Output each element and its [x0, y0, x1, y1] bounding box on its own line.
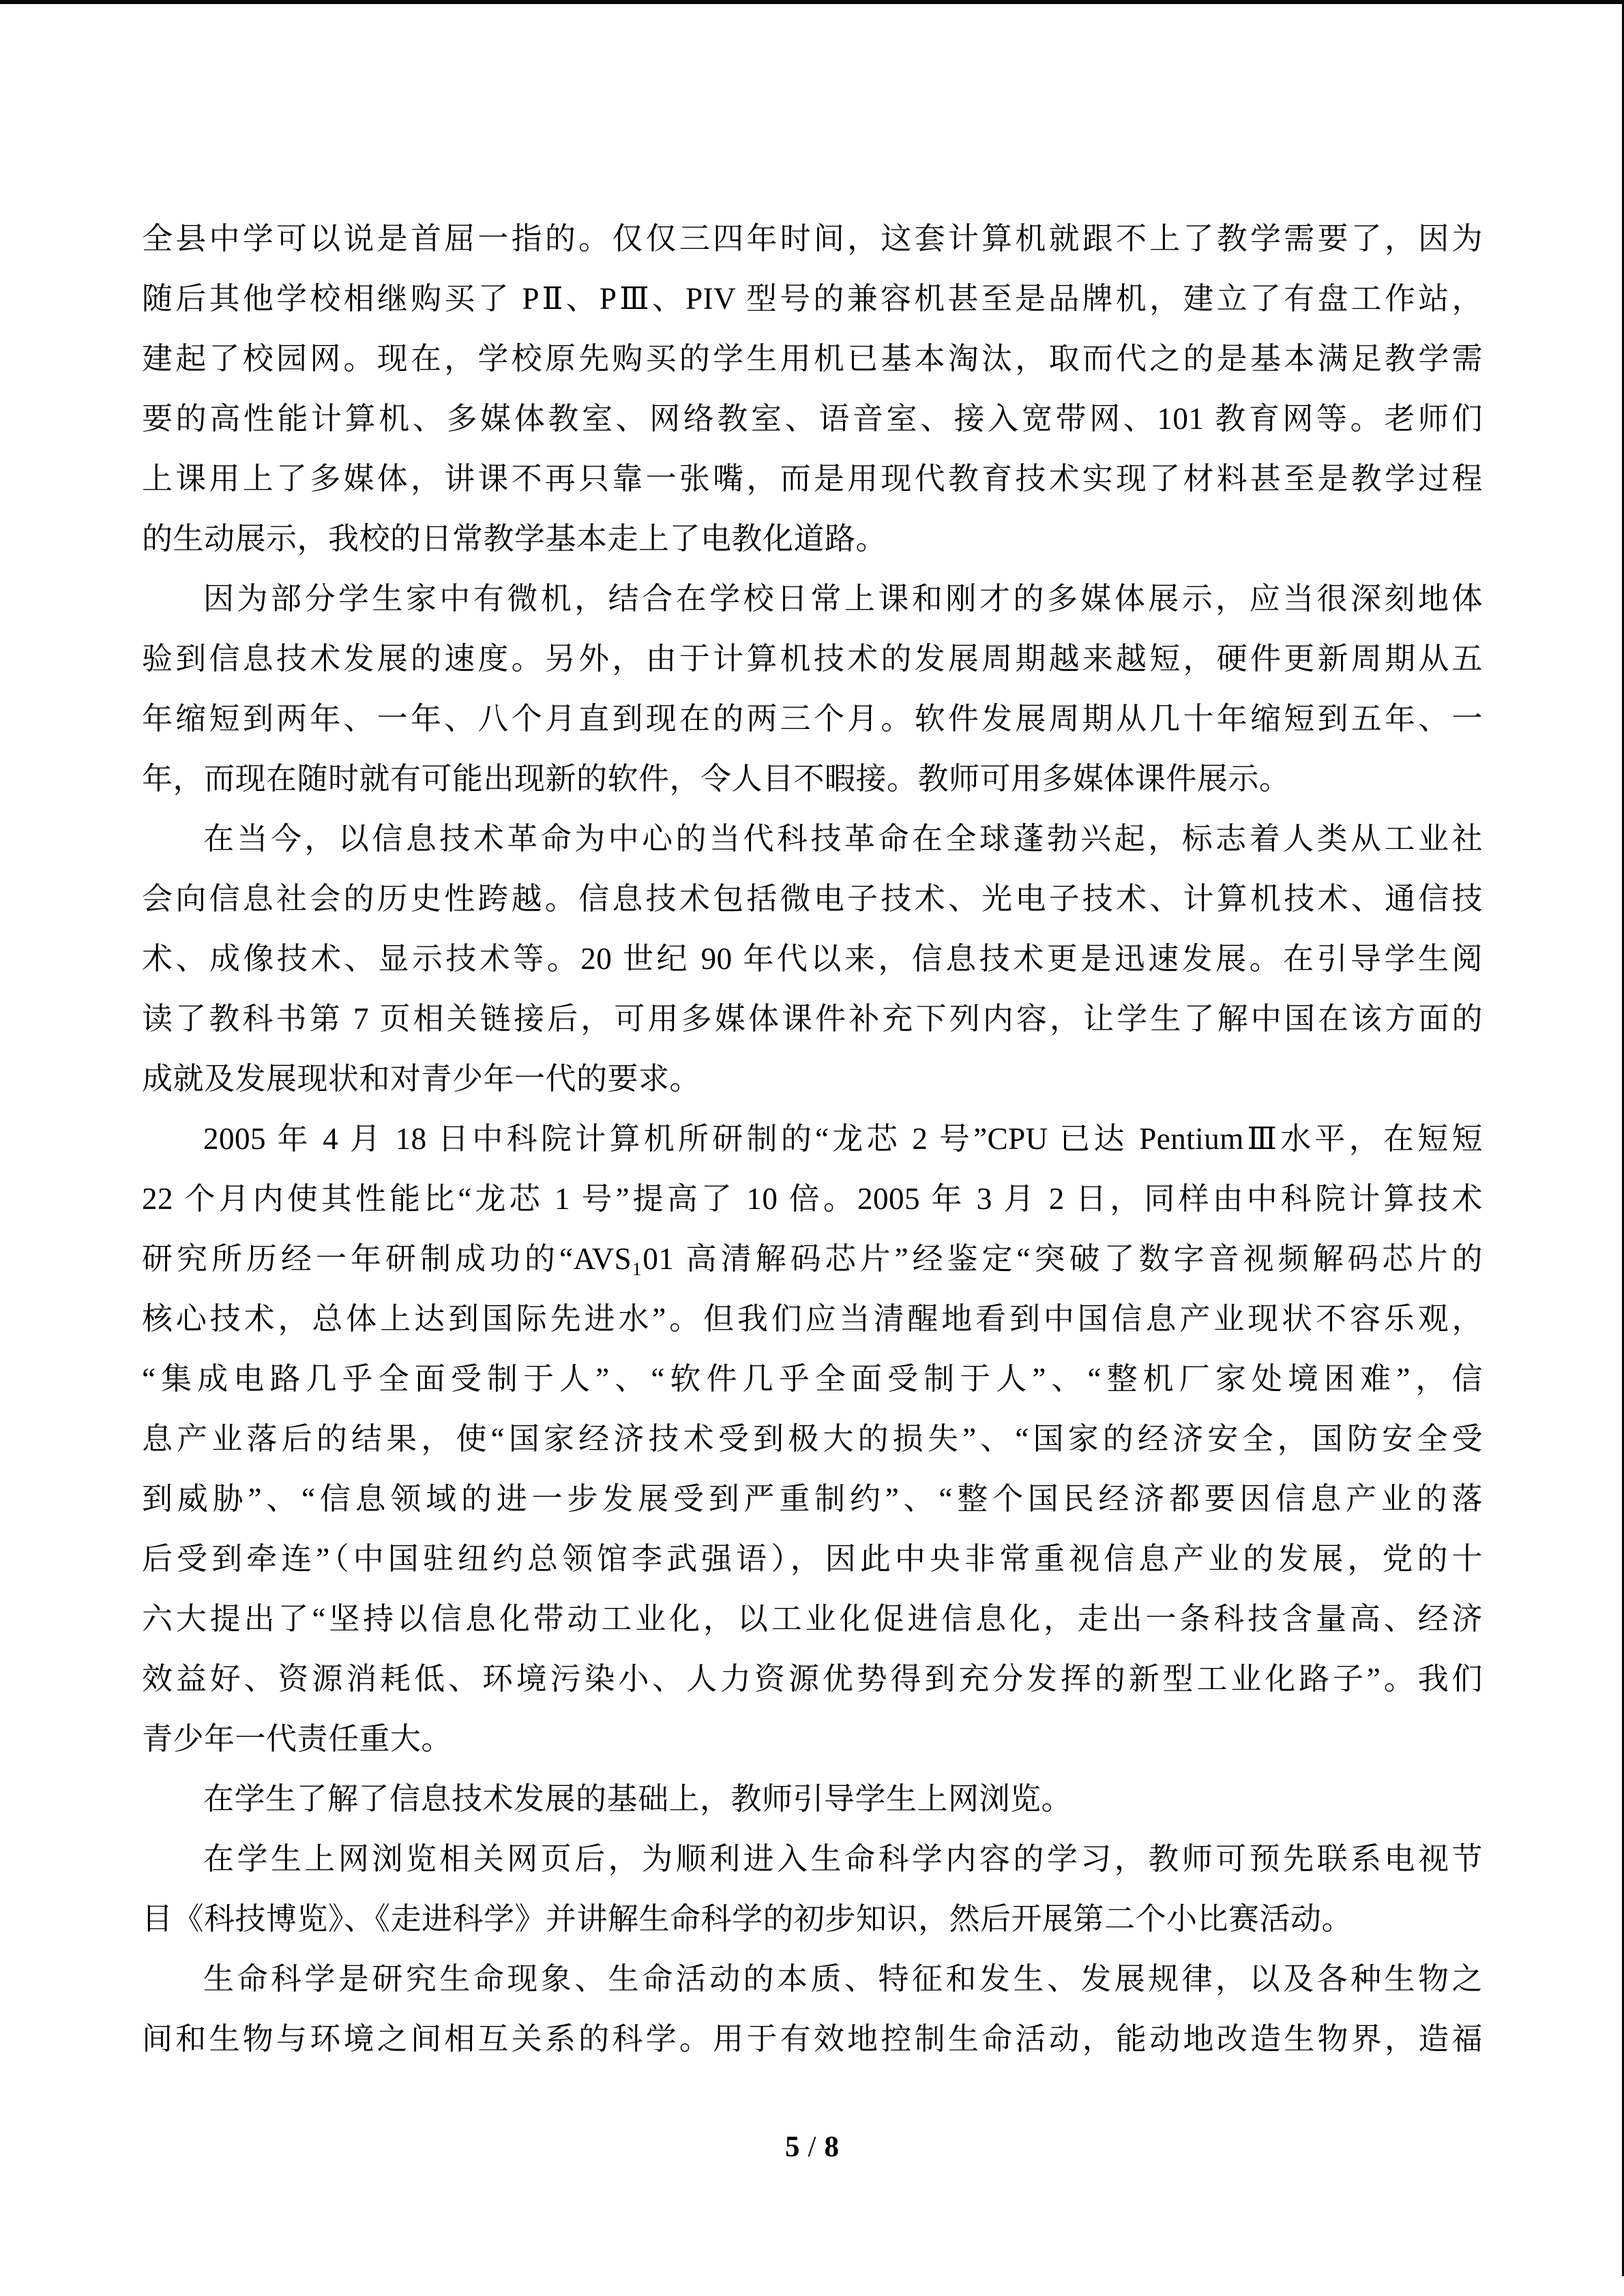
text-line: 生命科学是研究生命现象、生命活动的本质、特征和发生、发展规律，以及各种生物之 [142, 1949, 1483, 2009]
text-line: 22 个月内使其性能比“龙芯 1 号”提高了 10 倍。2005 年 3 月 2… [142, 1169, 1483, 1229]
text-line: 间和生物与环境之间相互关系的科学。用于有效地控制生命活动，能动地改造生物界，造福 [142, 2009, 1483, 2069]
text-line: 会向信息社会的历史性跨越。信息技术包括微电子技术、光电子技术、计算机技术、通信技 [142, 869, 1483, 929]
page-number-current: 5 [785, 2131, 800, 2163]
text-line: 随后其他学校相继购买了 PⅡ、PⅢ、PIV 型号的兼容机甚至是品牌机，建立了有盘… [142, 269, 1483, 329]
text-line: 的生动展示，我校的日常教学基本走上了电教化道路。 [142, 509, 1483, 569]
text-line: 术、成像技术、显示技术等。20 世纪 90 年代以来，信息技术更是迅速发展。在引… [142, 929, 1483, 989]
text-line: 上课用上了多媒体，讲课不再只靠一张嘴，而是用现代教育技术实现了材料甚至是教学过程 [142, 449, 1483, 509]
text-line: 在当今，以信息技术革命为中心的当代科技革命在全球蓬勃兴起，标志着人类从工业社 [142, 809, 1483, 869]
text-line: 在学生上网浏览相关网页后，为顺利进入生命科学内容的学习，教师可预先联系电视节 [142, 1829, 1483, 1889]
text-line: 年，而现在随时就有可能出现新的软件，令人目不暇接。教师可用多媒体课件展示。 [142, 749, 1483, 809]
page-number-total: 8 [824, 2131, 839, 2163]
text-line: 到威胁”、“信息领域的进一步发展受到严重制约”、“整个国民经济都要因信息产业的落 [142, 1469, 1483, 1529]
text-line: 要的高性能计算机、多媒体教室、网络教室、语音室、接入宽带网、101 教育网等。老… [142, 389, 1483, 449]
text-line: 青少年一代责任重大。 [142, 1709, 1483, 1769]
text-line: 全县中学可以说是首屈一指的。仅仅三四年时间，这套计算机就跟不上了教学需要了，因为 [142, 209, 1483, 269]
text-line: 核心技术，总体上达到国际先进水”。但我们应当清醒地看到中国信息产业现状不容乐观， [142, 1289, 1483, 1349]
text-line: 后受到牵连”（中国驻纽约总领馆李武强语），因此中央非常重视信息产业的发展，党的十 [142, 1529, 1483, 1589]
page-number: 5/8 [0, 2130, 1624, 2164]
text-line: 年缩短到两年、一年、八个月直到现在的两三个月。软件发展周期从几十年缩短到五年、一 [142, 689, 1483, 749]
text-line: “集成电路几乎全面受制于人”、“软件几乎全面受制于人”、“整机厂家处境困难”，信 [142, 1349, 1483, 1409]
text-line: 2005 年 4 月 18 日中科院计算机所研制的“龙芯 2 号”CPU 已达 … [142, 1109, 1483, 1169]
text-line: 读了教科书第 7 页相关链接后，可用多媒体课件补充下列内容，让学生了解中国在该方… [142, 989, 1483, 1049]
text-line: 六大提出了“坚持以信息化带动工业化，以工业化促进信息化，走出一条科技含量高、经济 [142, 1589, 1483, 1649]
document-text-block: 全县中学可以说是首屈一指的。仅仅三四年时间，这套计算机就跟不上了教学需要了，因为… [142, 209, 1483, 2069]
text-line: 研究所历经一年研制成功的“AVS₁01 高清解码芯片”经鉴定“突破了数字音视频解… [142, 1229, 1483, 1289]
text-line: 建起了校园网。现在，学校原先购买的学生用机已基本淘汰，取而代之的是基本满足教学需 [142, 329, 1483, 389]
text-line: 目《科技博览》、《走进科学》并讲解生命科学的初步知识，然后开展第二个小比赛活动。 [142, 1889, 1483, 1949]
text-line: 息产业落后的结果，使“国家经济技术受到极大的损失”、“国家的经济安全，国防安全受 [142, 1409, 1483, 1469]
text-line: 验到信息技术发展的速度。另外，由于计算机技术的发展周期越来越短，硬件更新周期从五 [142, 629, 1483, 689]
text-line: 在学生了解了信息技术发展的基础上，教师引导学生上网浏览。 [142, 1769, 1483, 1829]
text-line: 成就及发展现状和对青少年一代的要求。 [142, 1049, 1483, 1109]
scan-edge-top [0, 0, 1624, 4]
text-line: 因为部分学生家中有微机，结合在学校日常上课和刚才的多媒体展示，应当很深刻地体 [142, 569, 1483, 629]
text-line: 效益好、资源消耗低、环境污染小、人力资源优势得到充分发挥的新型工业化路子”。我们 [142, 1649, 1483, 1709]
page-number-separator: / [808, 2131, 816, 2163]
